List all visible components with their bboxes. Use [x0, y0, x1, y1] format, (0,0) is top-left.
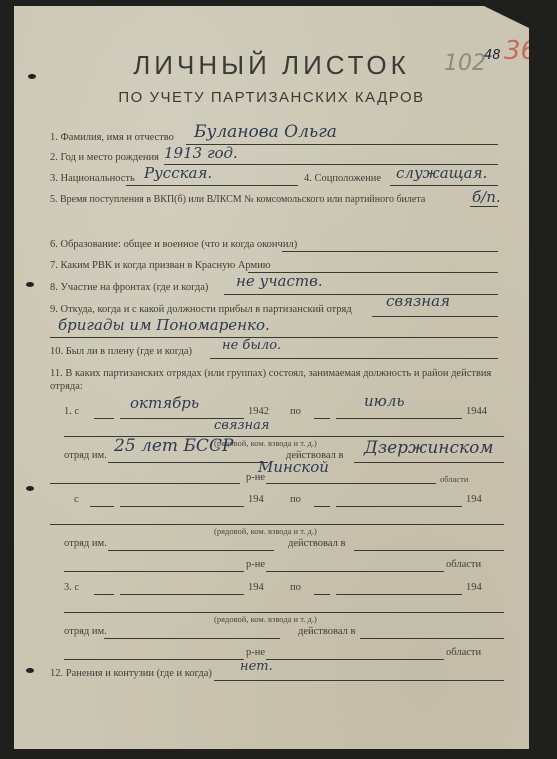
entry-3-acted-label: действовал в [298, 626, 355, 637]
entry-1-to-month: июль [364, 392, 405, 410]
entry-2-to-year: 194 [466, 494, 482, 505]
field-5-value: б/п. [472, 188, 501, 206]
entry-3-to-label: по [290, 582, 301, 593]
field-9-value-line1: связная [386, 292, 450, 310]
field-5-label: 5. Время поступления в ВКП(б) или ВЛКСМ … [50, 194, 425, 205]
field-12-value: нет. [240, 659, 273, 674]
entry-1-region-label: области [440, 474, 468, 484]
entry-2-region-label: области [446, 559, 481, 570]
entry-1-detachment: 25 лет БССР [114, 436, 233, 456]
entry-1-from-month: октябрь [130, 394, 199, 412]
binder-hole [26, 282, 34, 287]
field-6-label: 6. Образование: общее и военное (что и к… [50, 239, 297, 250]
entry-2-district-label: р-не [246, 559, 265, 570]
entry-3-from-year: 194 [248, 582, 264, 593]
entry-2-detachment-label: отряд им. [64, 538, 107, 549]
field-4-label: 4. Соцположение [304, 173, 381, 184]
field-12-label: 12. Ранения и контузии (где и когда) [50, 668, 212, 679]
entry-1-num: 1. с [64, 406, 79, 417]
entry-2-acted-label: действовал в [288, 538, 345, 549]
page-title: ЛИЧНЫЙ ЛИСТОК [14, 50, 529, 81]
entry-1-to-year: 1944 [466, 406, 487, 417]
field-8-value: не участв. [236, 272, 323, 290]
page-subtitle: ПО УЧЕТУ ПАРТИЗАНСКИХ КАДРОВ [14, 89, 529, 106]
entry-2-position-hint: (рядовой, ком. взвода и т. д.) [214, 526, 317, 536]
field-2-value: 1913 год. [164, 144, 238, 162]
field-4-value: служащая. [396, 164, 487, 182]
entry-1-acted-in: Дзержинском [364, 438, 494, 458]
field-10-label: 10. Был ли в плену (где и когда) [50, 346, 192, 357]
document-page: 102 48 36 ЛИЧНЫЙ ЛИСТОК ПО УЧЕТУ ПАРТИЗА… [14, 6, 529, 749]
field-8-label: 8. Участие на фронтах (где и когда) [50, 282, 208, 293]
field-3-label: 3. Национальность [50, 173, 135, 184]
entry-2-from-year: 194 [248, 494, 264, 505]
entry-3-num: 3. с [64, 582, 79, 593]
entry-2-to-label: по [290, 494, 301, 505]
field-9-label: 9. Откуда, когда и с какой должности при… [50, 304, 352, 315]
entry-1-from-year: 1942 [248, 406, 269, 417]
field-3-value: Русская. [144, 164, 212, 182]
binder-hole [28, 74, 36, 79]
binder-hole [26, 668, 34, 673]
entry-1-position: связная [214, 418, 269, 433]
entry-1-district: Минской [258, 458, 329, 476]
entry-3-position-hint: (рядовой, ком. взвода и т. д.) [214, 614, 317, 624]
entry-1-to-label: по [290, 406, 301, 417]
entry-2-num: с [74, 494, 79, 505]
entry-3-region-label: области [446, 647, 481, 658]
field-2-label: 2. Год и место рождения [50, 152, 159, 163]
field-1-value: Буланова Ольга [194, 122, 337, 142]
entry-1-detachment-label: отряд им. [64, 450, 107, 461]
field-7-label: 7. Каким РВК и когда призван в Красную А… [50, 260, 271, 271]
field-9-value-line2: бригады им Пономаренко. [58, 316, 270, 334]
field-11-label: 11. В каких партизанских отрядах (или гр… [50, 367, 510, 393]
entry-3-detachment-label: отряд им. [64, 626, 107, 637]
field-1-label: 1. Фамилия, имя и отчество [50, 132, 174, 143]
entry-3-to-year: 194 [466, 582, 482, 593]
field-10-value: не было. [222, 338, 281, 353]
binder-hole [26, 486, 34, 491]
entry-3-district-label: р-не [246, 647, 265, 658]
